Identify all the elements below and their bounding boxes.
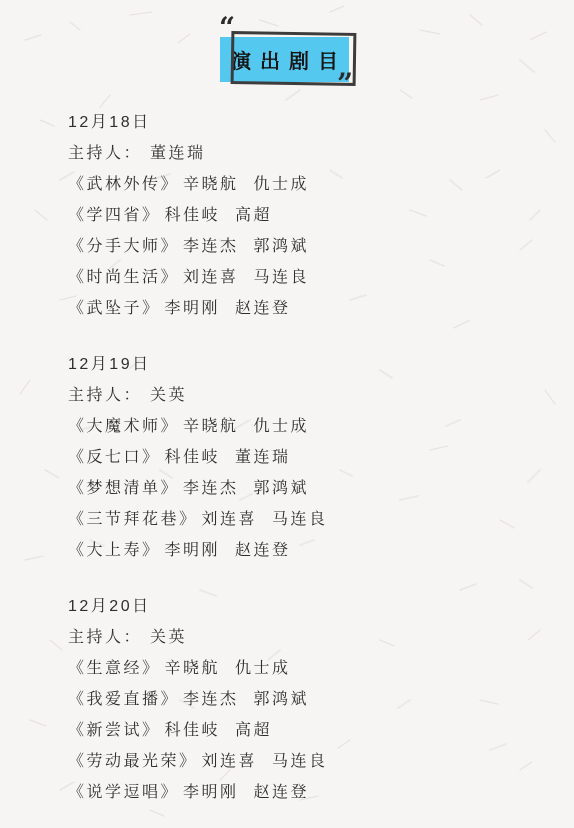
date-heading: 12月18日 [68,107,328,138]
performer-2: 董连瑞 [235,449,291,466]
show-line: 《反七口》科佳岐董连瑞 [68,442,328,473]
show-title: 《分手大师》 [68,238,179,255]
performer-1: 科佳岐 [165,449,221,466]
host-label: 主持人： [68,145,142,162]
show-title: 《反七口》 [68,449,161,466]
performer-2: 郭鸿斌 [254,238,310,255]
performer-1: 辛晓航 [183,418,239,435]
show-line: 《三节拜花巷》刘连喜马连良 [68,504,328,535]
performer-2: 高超 [235,722,272,739]
performer-1: 辛晓航 [183,176,239,193]
show-line: 《分手大师》李连杰郭鸿斌 [68,231,328,262]
show-title: 《武林外传》 [68,176,179,193]
show-line: 《大魔术师》辛晓航仇士成 [68,411,328,442]
performer-1: 刘连喜 [202,511,258,528]
performer-1: 李明刚 [165,542,221,559]
host-name: 关英 [150,387,187,404]
host-line: 主持人：关英 [68,622,328,653]
show-line: 《大上寿》李明刚赵连登 [68,535,328,566]
open-quote-icon: “ [219,14,235,42]
program-list: 12月18日 主持人：董连瑞 《武林外传》辛晓航仇士成 《学四省》科佳岐高超 《… [68,107,328,828]
performer-1: 李明刚 [183,784,239,801]
performer-1: 刘连喜 [183,269,239,286]
performer-1: 科佳岐 [165,207,221,224]
show-title: 《学四省》 [68,207,161,224]
show-title: 《说学逗唱》 [68,784,179,801]
show-title: 《生意经》 [68,660,161,677]
performer-2: 马连良 [272,753,328,770]
performer-1: 辛晓航 [165,660,221,677]
date-heading: 12月19日 [68,349,328,380]
show-title: 《三节拜花巷》 [68,511,198,528]
show-line: 《学四省》科佳岐高超 [68,200,328,231]
performer-1: 李连杰 [183,691,239,708]
show-title: 《大上寿》 [68,542,161,559]
close-quote-icon: ” [337,70,353,98]
show-title: 《武坠子》 [68,300,161,317]
performer-1: 科佳岐 [165,722,221,739]
show-title: 《我爱直播》 [68,691,179,708]
performer-1: 李连杰 [183,238,239,255]
show-title: 《大魔术师》 [68,418,179,435]
show-line: 《时尚生活》刘连喜马连良 [68,262,328,293]
performer-2: 赵连登 [235,542,291,559]
performer-2: 赵连登 [235,300,291,317]
performer-2: 仇士成 [235,660,291,677]
performer-1: 李明刚 [165,300,221,317]
day-section-1: 12月18日 主持人：董连瑞 《武林外传》辛晓航仇士成 《学四省》科佳岐高超 《… [68,107,328,324]
performer-2: 仇士成 [254,418,310,435]
show-line: 《梦想清单》李连杰郭鸿斌 [68,473,328,504]
performer-2: 马连良 [272,511,328,528]
show-line: 《生意经》辛晓航仇士成 [68,653,328,684]
performer-1: 刘连喜 [202,753,258,770]
host-name: 董连瑞 [150,145,206,162]
title-banner: 演出剧目 “ ” [0,0,574,106]
show-line: 《武林外传》辛晓航仇士成 [68,169,328,200]
host-label: 主持人： [68,629,142,646]
performer-1: 李连杰 [183,480,239,497]
date-heading: 12月20日 [68,591,328,622]
performer-2: 仇士成 [254,176,310,193]
performer-2: 郭鸿斌 [254,480,310,497]
show-title: 《时尚生活》 [68,269,179,286]
performer-2: 马连良 [254,269,310,286]
show-line: 《我爱直播》李连杰郭鸿斌 [68,684,328,715]
host-name: 关英 [150,629,187,646]
host-line: 主持人：董连瑞 [68,138,328,169]
host-label: 主持人： [68,387,142,404]
show-line: 《新尝试》科佳岐高超 [68,715,328,746]
show-line: 《劳动最光荣》刘连喜马连良 [68,746,328,777]
day-section-3: 12月20日 主持人：关英 《生意经》辛晓航仇士成 《我爱直播》李连杰郭鸿斌 《… [68,591,328,808]
performer-2: 高超 [235,207,272,224]
poster: 演出剧目 “ ” 12月18日 主持人：董连瑞 《武林外传》辛晓航仇士成 《学四… [0,0,574,828]
show-title: 《新尝试》 [68,722,161,739]
performer-2: 郭鸿斌 [254,691,310,708]
day-section-2: 12月19日 主持人：关英 《大魔术师》辛晓航仇士成 《反七口》科佳岐董连瑞 《… [68,349,328,566]
show-title: 《劳动最光荣》 [68,753,198,770]
performer-2: 赵连登 [254,784,310,801]
show-title: 《梦想清单》 [68,480,179,497]
show-line: 《武坠子》李明刚赵连登 [68,293,328,324]
host-line: 主持人：关英 [68,380,328,411]
show-line: 《说学逗唱》李明刚赵连登 [68,777,328,808]
